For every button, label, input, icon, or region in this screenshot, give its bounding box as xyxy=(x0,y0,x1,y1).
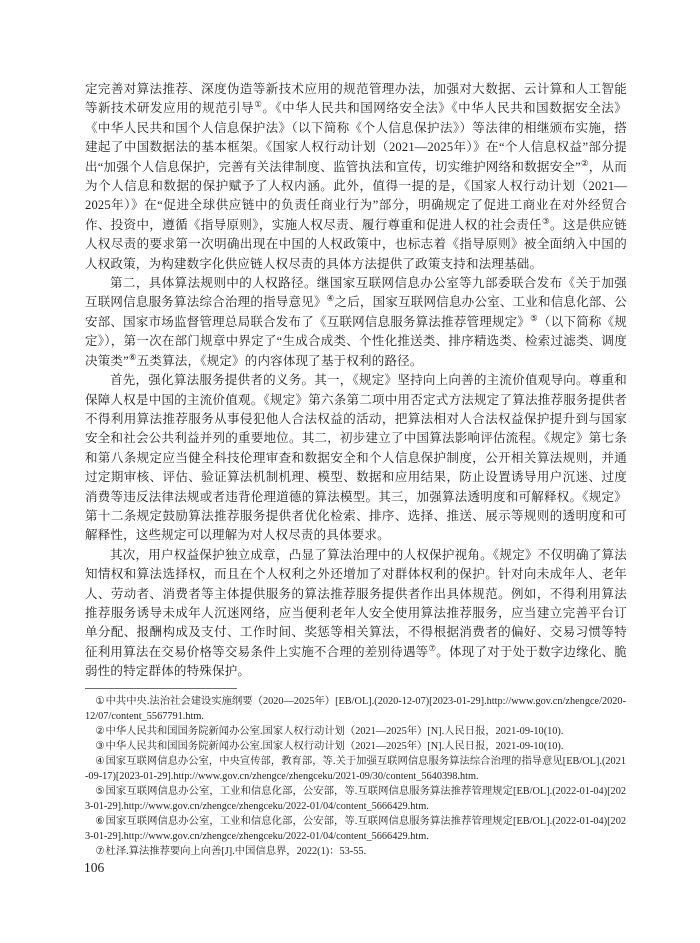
footnote-list: ①中共中央.法治社会建设实施纲要（2020—2025年）[EB/OL].(202… xyxy=(85,694,626,859)
footnote-marker: ② xyxy=(95,726,104,737)
footnote-marker: ⑤ xyxy=(95,786,104,797)
footnote-separator xyxy=(85,688,237,689)
footnote-item: ⑦杜泽.算法推荐要向上向善[J].中国信息界，2022(1)：53-55. xyxy=(85,844,626,859)
footnote-ref: ① xyxy=(254,99,262,109)
footnote-item: ⑥国家互联网信息办公室，工业和信息化部，公安部，等.互联网信息服务算法推荐管理规… xyxy=(85,814,626,844)
footnote-item: ③中华人民共和国国务院新闻办公室.国家人权行动计划（2021—2025年）[N]… xyxy=(85,739,626,754)
footnote-item: ⑤国家互联网信息办公室，工业和信息化部，公安部，等.互联网信息服务算法推荐管理规… xyxy=(85,784,626,814)
body-paragraph: 其次，用户权益保护独立成章，凸显了算法治理中的人权保护视角。《规定》不仅明确了算… xyxy=(85,546,627,682)
body-paragraph: 第二，具体算法规则中的人权路径。继国家互联网信息办公室等九部委联合发布《关于加强… xyxy=(85,274,627,371)
footnote-ref: ② xyxy=(581,157,589,167)
footnote-item: ④国家互联网信息办公室，中央宣传部，教育部，等.关于加强互联网信息服务算法综合治… xyxy=(85,754,626,784)
footnote-ref: ⑦ xyxy=(428,643,436,653)
footnote-item: ①中共中央.法治社会建设实施纲要（2020—2025年）[EB/OL].(202… xyxy=(85,694,626,724)
footnote-marker: ⑦ xyxy=(95,846,104,857)
footnote-marker: ④ xyxy=(95,756,104,767)
footnote-marker: ⑥ xyxy=(95,816,104,827)
footnote-ref: ⑥ xyxy=(129,352,137,362)
footnote-item: ②中华人民共和国国务院新闻办公室.国家人权行动计划（2021—2025年）[N]… xyxy=(85,724,626,739)
page-number: 106 xyxy=(84,860,104,876)
body-paragraph: 首先，强化算法服务提供者的义务。其一，《规定》坚持向上向善的主流价值观导向。尊重… xyxy=(85,371,627,546)
article-body: 定完善对算法推荐、深度伪造等新技术应用的规范管理办法，加强对大数据、云计算和人工… xyxy=(85,80,627,682)
body-paragraph: 定完善对算法推荐、深度伪造等新技术应用的规范管理办法，加强对大数据、云计算和人工… xyxy=(85,80,627,274)
footnote-ref: ④ xyxy=(327,293,335,303)
footnote-ref: ③ xyxy=(542,216,550,226)
document-page: 定完善对算法推荐、深度伪造等新技术应用的规范管理办法，加强对大数据、云计算和人工… xyxy=(0,0,700,943)
footnote-marker: ① xyxy=(95,696,104,707)
footnote-ref: ⑤ xyxy=(530,313,538,323)
footnote-marker: ③ xyxy=(95,741,104,752)
